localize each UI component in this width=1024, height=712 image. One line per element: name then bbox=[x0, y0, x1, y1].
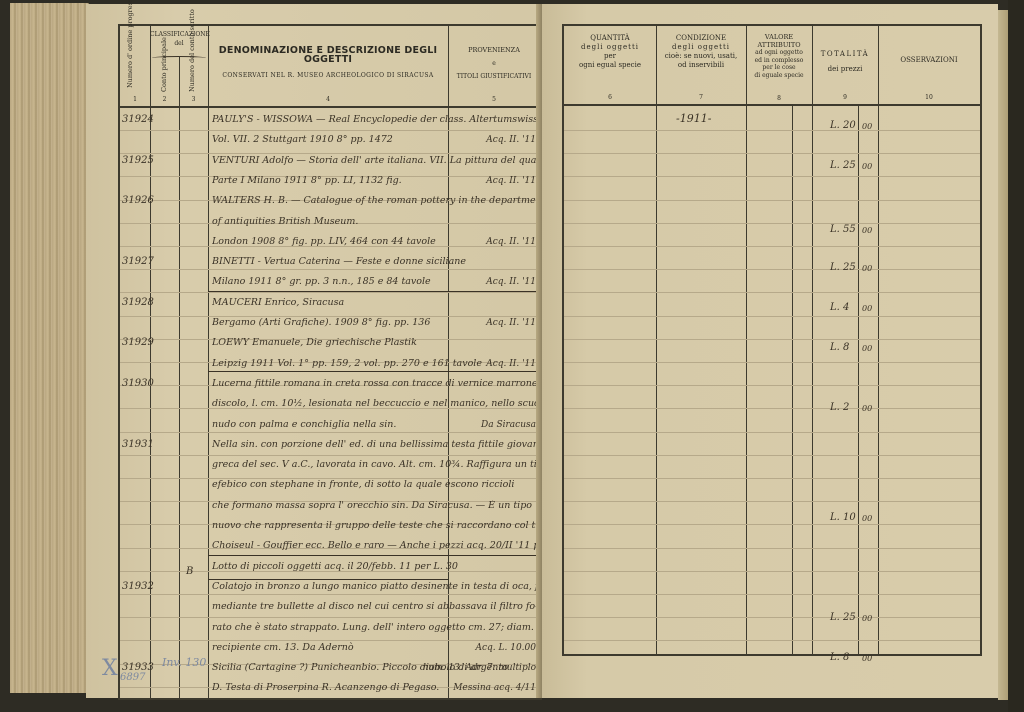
margin-pencil-inventory: Inv. 130 bbox=[162, 656, 206, 669]
total-lire: L. 25 bbox=[830, 160, 856, 171]
header-col6-num: 6 bbox=[564, 93, 656, 102]
entry-number: 31929 bbox=[122, 337, 154, 348]
left-page: Numero d' ordine progressivo 1 CLASSIFIC… bbox=[86, 4, 540, 698]
header-description: DENOMINAZIONE E DESCRIZIONE DEGLI OGGETT… bbox=[208, 26, 448, 106]
header-col5-num: 5 bbox=[448, 95, 540, 104]
entry-description: Nella sin. con porzione dell' ed. di una… bbox=[212, 439, 538, 450]
header-col4-num: 4 bbox=[208, 95, 448, 104]
condition-sub3: od inservibili bbox=[656, 61, 746, 70]
entry-number: 31926 bbox=[122, 195, 154, 206]
total-cents: 00 bbox=[862, 264, 872, 273]
entry-provenance: num. 13. Adr. 7. multiplo bbox=[422, 663, 536, 673]
header-col3-label: Numero del conto scritto bbox=[188, 9, 197, 92]
value-sub2: ed in complesso bbox=[746, 57, 812, 65]
ruled-line bbox=[120, 432, 540, 433]
page-subtitle: CONSERVATI NEL R. MUSEO ARCHEOLOGICO DI … bbox=[208, 71, 448, 80]
ruled-line bbox=[564, 200, 980, 201]
header-col-order-number: Numero d' ordine progressivo 1 bbox=[120, 26, 150, 106]
ruled-line bbox=[564, 640, 980, 641]
entry-underline bbox=[208, 291, 538, 292]
entry-provenance: Acq. II. '11 bbox=[486, 277, 536, 287]
quantity-sub1: degli oggetti bbox=[564, 43, 656, 52]
total-cents: 00 bbox=[862, 122, 872, 131]
totals-sub: dei prezzi bbox=[812, 65, 878, 74]
entry-provenance: Acq. L. 10.00 bbox=[476, 643, 537, 653]
ruled-line bbox=[564, 594, 980, 595]
header-value: VALORE ATTRIBUITO ad ogni oggetto ed in … bbox=[746, 26, 812, 104]
entry-provenance: Acq. II. '11 bbox=[486, 318, 536, 328]
ruled-line bbox=[564, 501, 980, 502]
ruled-line bbox=[564, 362, 980, 363]
ruled-line bbox=[564, 223, 980, 224]
header-col9-num: 9 bbox=[812, 93, 878, 102]
condition-sub1: degli oggetti bbox=[656, 43, 746, 52]
page-edges-stack bbox=[10, 3, 89, 693]
ruled-line bbox=[564, 478, 980, 479]
entry-description: Lucerna fittile romana in creta rossa co… bbox=[212, 378, 538, 389]
entry-provenance: Da Siracusa bbox=[481, 420, 536, 430]
margin-lot-mark: B bbox=[186, 566, 193, 577]
ruled-line bbox=[120, 292, 540, 293]
entry-description: efebico con stephane in fronte, di sotto… bbox=[212, 479, 538, 490]
entry-provenance: Messina acq. 4/11 bbox=[453, 683, 536, 693]
total-lire: L. 2 bbox=[830, 402, 849, 413]
value-sub1: ad ogni oggetto bbox=[746, 49, 812, 57]
ruled-line bbox=[564, 339, 980, 340]
entry-description: WALTERS H. B. — Catalogue of the roman p… bbox=[212, 195, 538, 206]
entry-description: Lotto di piccoli oggetti acq. il 20/febb… bbox=[212, 561, 538, 572]
open-ledger-book: Numero d' ordine progressivo 1 CLASSIFIC… bbox=[0, 0, 1024, 712]
header-quantity: QUANTITÀ degli oggetti per ogni egual sp… bbox=[564, 26, 656, 104]
ruled-line bbox=[564, 548, 980, 549]
total-lire: L. 10 bbox=[830, 512, 856, 523]
value-title: VALORE ATTRIBUITO bbox=[746, 34, 812, 49]
ruled-line bbox=[564, 269, 980, 270]
ruled-line bbox=[564, 176, 980, 177]
header-col1-label: Numero d' ordine progressivo bbox=[126, 0, 135, 88]
provenance-e: e bbox=[448, 59, 540, 68]
ruled-line bbox=[564, 617, 980, 618]
right-header: QUANTITÀ degli oggetti per ogni egual sp… bbox=[564, 26, 980, 106]
entry-number: 31930 bbox=[122, 378, 154, 389]
total-cents: 00 bbox=[862, 514, 872, 523]
entry-number: 31925 bbox=[122, 155, 154, 166]
header-col2-num: 2 bbox=[150, 95, 179, 104]
total-cents: 00 bbox=[862, 162, 872, 171]
left-ledger-grid: Numero d' ordine progressivo 1 CLASSIFIC… bbox=[118, 24, 542, 700]
entry-underline bbox=[208, 579, 448, 580]
ruled-line bbox=[120, 269, 540, 270]
ruled-line bbox=[120, 130, 540, 131]
classification-title: CLASSIFICAZIONE del bbox=[150, 26, 208, 48]
header-observations: OSSERVAZIONI 10 bbox=[878, 26, 980, 104]
ruled-line bbox=[564, 385, 980, 386]
entry-description: rato che è stato strappato. Lung. dell' … bbox=[212, 622, 538, 633]
right-ledger-grid: QUANTITÀ degli oggetti per ogni egual sp… bbox=[562, 24, 982, 656]
total-cents: 00 bbox=[862, 404, 872, 413]
entry-description: of antiquities British Museum. bbox=[212, 216, 538, 227]
total-lire: L. 55 bbox=[830, 224, 856, 235]
entry-number: 31928 bbox=[122, 297, 154, 308]
observations-title: OSSERVAZIONI bbox=[878, 56, 980, 65]
entry-description: discolo, l. cm. 10½, lesionata nel beccu… bbox=[212, 398, 538, 409]
total-lire: L. 25 bbox=[830, 612, 856, 623]
header-col2-label: Conto principale bbox=[160, 37, 169, 92]
left-header: Numero d' ordine progressivo 1 CLASSIFIC… bbox=[120, 26, 540, 108]
entry-number: 31924 bbox=[122, 114, 154, 125]
header-provenance: PROVENIENZA e TITOLI GIUSTIFICATIVI 5 bbox=[448, 26, 540, 106]
ruled-line bbox=[120, 455, 540, 456]
col-divider bbox=[812, 26, 813, 654]
total-lire: L. 20 bbox=[830, 120, 856, 131]
entry-underline bbox=[208, 371, 538, 372]
entry-description: Choiseul - Gouffier ecc. Bello e raro — … bbox=[212, 540, 538, 551]
entry-description: BINETTI - Vertua Caterina — Feste e donn… bbox=[212, 256, 538, 267]
header-col10-num: 10 bbox=[878, 93, 980, 102]
total-lire: L. 8 bbox=[830, 342, 849, 353]
value-sub3: per le cose bbox=[746, 64, 812, 72]
entry-description: mediante tre bullette al disco nel cui c… bbox=[212, 601, 538, 612]
col-divider bbox=[746, 26, 747, 654]
right-page: QUANTITÀ degli oggetti per ogni egual sp… bbox=[542, 4, 998, 698]
ruled-line bbox=[120, 617, 540, 618]
ruled-line bbox=[120, 594, 540, 595]
book-cover-edge bbox=[1008, 0, 1024, 712]
ruled-line bbox=[564, 246, 980, 247]
provenance-subtitle: TITOLI GIUSTIFICATIVI bbox=[448, 72, 540, 81]
entry-provenance: Acq. II. '11 bbox=[486, 135, 536, 145]
quantity-sub2: per bbox=[564, 52, 656, 61]
entry-description: PAULY'S - WISSOWA — Real Encyclopedie de… bbox=[212, 114, 538, 125]
value-sub4: di eguale specie bbox=[746, 72, 812, 80]
header-col1-num: 1 bbox=[120, 95, 150, 104]
header-col8-num: 8 bbox=[746, 95, 812, 103]
entry-provenance: Acq. II. '11 bbox=[486, 176, 536, 186]
entry-provenance: Acq. II. '11 bbox=[486, 359, 536, 369]
year-note: -1911- bbox=[676, 112, 711, 125]
ruled-line bbox=[564, 524, 980, 525]
entry-underline bbox=[208, 555, 538, 556]
entry-description: nuovo che rappresenta il gruppo delle te… bbox=[212, 520, 538, 531]
ruled-line bbox=[564, 455, 980, 456]
total-lire: L. 4 bbox=[830, 302, 849, 313]
total-lire: L. 8 bbox=[830, 652, 849, 663]
margin-x-mark: X bbox=[102, 656, 118, 681]
condition-title: CONDIZIONE bbox=[656, 34, 746, 43]
margin-pencil-number: 6897 bbox=[120, 672, 145, 683]
header-condition: CONDIZIONE degli oggetti cioè: se nuovi,… bbox=[656, 26, 746, 104]
total-cents: 00 bbox=[862, 614, 872, 623]
entry-description: LOEWY Emanuele, Die griechische Plastik bbox=[212, 337, 538, 348]
ruled-line bbox=[564, 408, 980, 409]
header-col3-num: 3 bbox=[179, 95, 208, 104]
total-cents: 00 bbox=[862, 344, 872, 353]
quantity-sub3: ogni egual specie bbox=[564, 61, 656, 70]
entry-number: 31932 bbox=[122, 581, 154, 592]
entry-description: VENTURI Adolfo — Storia dell' arte itali… bbox=[212, 155, 538, 166]
header-totals: TOTALITÀ dei prezzi 9 bbox=[812, 26, 878, 104]
ruled-line bbox=[564, 571, 980, 572]
entry-description: Colatojo in bronzo a lungo manico piatto… bbox=[212, 581, 538, 592]
page-title: DENOMINAZIONE E DESCRIZIONE DEGLI OGGETT… bbox=[208, 46, 448, 64]
header-col7-num: 7 bbox=[656, 93, 746, 102]
ruled-line bbox=[564, 153, 980, 154]
entry-description: che formano massa sopra l' orecchio sin.… bbox=[212, 500, 538, 511]
ruled-line bbox=[564, 316, 980, 317]
entry-provenance: Acq. II. '11 bbox=[486, 237, 536, 247]
col-divider bbox=[878, 26, 879, 654]
total-cents: 00 bbox=[862, 304, 872, 313]
totals-title: TOTALITÀ bbox=[812, 50, 878, 59]
col-divider bbox=[656, 26, 657, 654]
entry-description: MAUCERI Enrico, Siracusa bbox=[212, 297, 538, 308]
ruled-line bbox=[564, 130, 980, 131]
total-cents: 00 bbox=[862, 654, 872, 663]
entry-number: 31931 bbox=[122, 439, 154, 450]
ruled-line bbox=[564, 432, 980, 433]
quantity-title: QUANTITÀ bbox=[564, 34, 656, 43]
total-lire: L. 25 bbox=[830, 262, 856, 273]
condition-sub2: cioè: se nuovi, usati, bbox=[656, 52, 746, 61]
entry-description: greca del sec. V a.C., lavorata in cavo.… bbox=[212, 459, 538, 470]
entry-number: 31927 bbox=[122, 256, 154, 267]
total-cents: 00 bbox=[862, 226, 872, 235]
provenance-title: PROVENIENZA bbox=[448, 46, 540, 55]
ruled-line bbox=[564, 292, 980, 293]
